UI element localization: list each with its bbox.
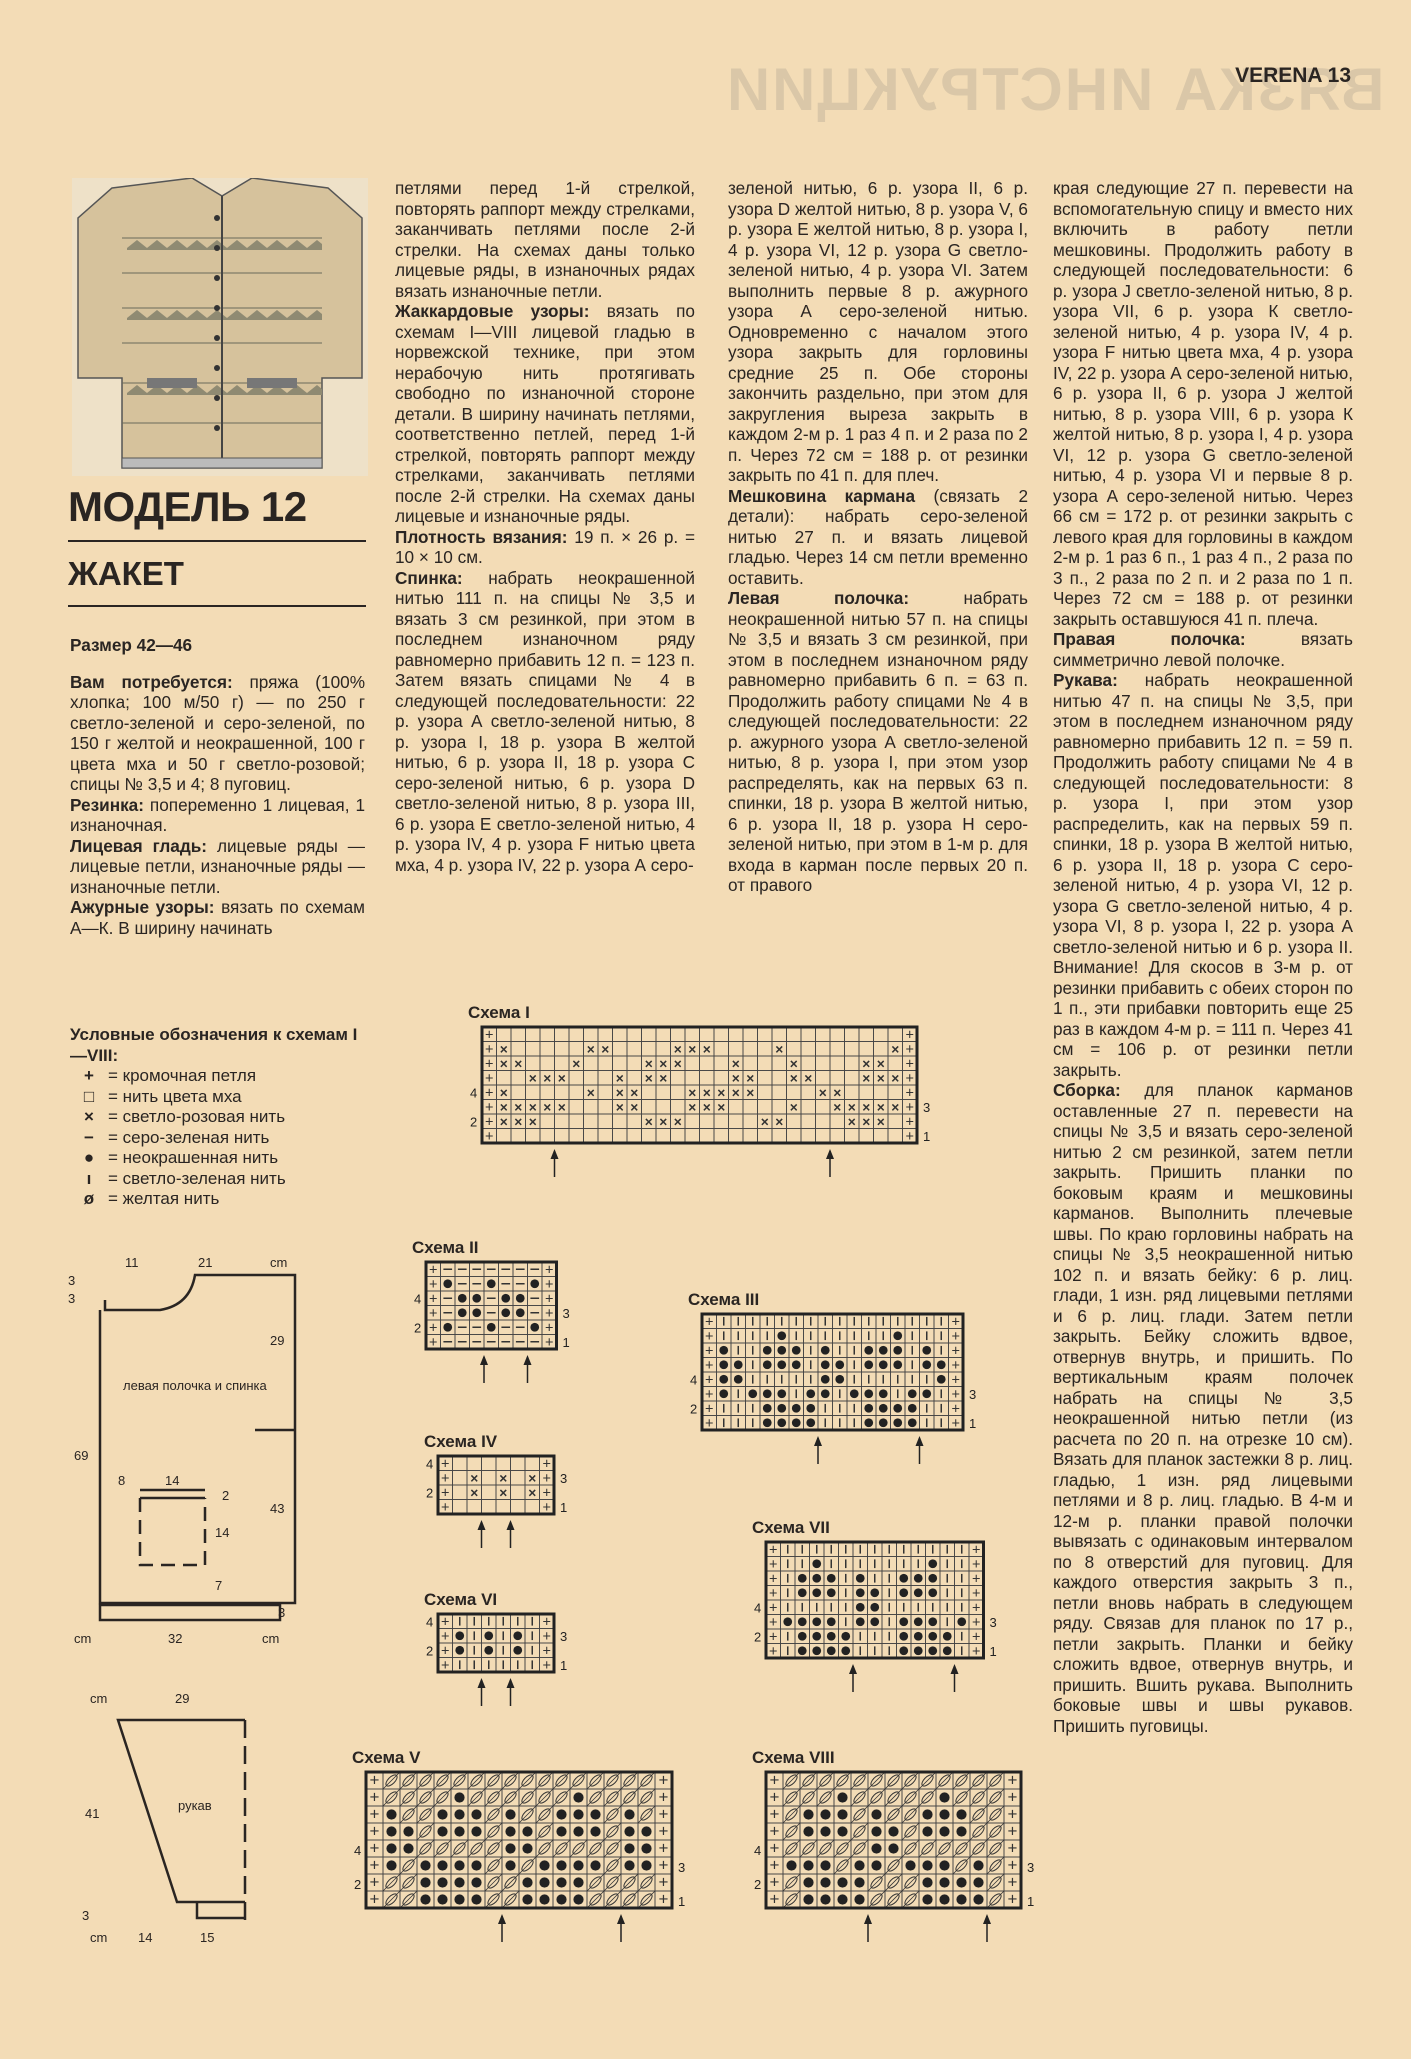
schema-title: Схема IV [424,1432,580,1452]
column-1: Размер 42—46 Вам потребуется: пряжа (100… [70,635,365,938]
svg-text:+: + [370,1890,380,1909]
materials-paragraph: Вам потребуется: пряжа (100% хлопка; 100… [70,672,365,795]
svg-text:×: × [688,1100,696,1115]
svg-text:×: × [833,1085,841,1100]
svg-text:11: 11 [125,1255,139,1270]
svg-text:4: 4 [754,1843,761,1858]
svg-text:×: × [674,1114,682,1129]
svg-text:×: × [674,1042,682,1057]
svg-text:×: × [500,1056,508,1071]
legend-label: = неокрашенная нить [108,1148,278,1169]
svg-text:×: × [645,1071,653,1086]
column-3: зеленой нитью, 6 р. узора II, 6 р. узора… [728,178,1028,896]
svg-text:×: × [601,1042,609,1057]
rib-paragraph: Резинка: попеременно 1 лицевая, 1 изнано… [70,795,365,836]
svg-text:cm: cm [74,1631,91,1645]
svg-text:×: × [703,1085,711,1100]
svg-text:×: × [746,1085,754,1100]
svg-text:×: × [543,1071,551,1086]
svg-text:×: × [528,1471,536,1486]
svg-text:32: 32 [168,1631,182,1645]
back-paragraph: Спинка: набрать неокрашенной нитью 111 п… [395,568,695,876]
svg-text:2: 2 [426,1486,433,1501]
svg-text:×: × [717,1085,725,1100]
svg-text:×: × [703,1100,711,1115]
schema-grid: +++×××++×××+++1324 [424,1452,580,1550]
svg-text:×: × [891,1042,899,1057]
svg-text:21: 21 [198,1255,212,1270]
sleeve-pattern-diagram: cm 29 41 3 cm 14 15 рукав [60,1670,310,1950]
svg-text:1: 1 [990,1644,997,1659]
svg-text:×: × [587,1085,595,1100]
svg-text:1: 1 [923,1129,930,1144]
svg-text:×: × [746,1071,754,1086]
sleeves-paragraph: Рукава: набрать неокрашенной нитью 47 п.… [1053,670,1353,1080]
svg-text:×: × [645,1056,653,1071]
schema-grid: ++++++++++++++++1324 [752,1538,1010,1694]
svg-text:×: × [645,1114,653,1129]
svg-text:3: 3 [560,1629,567,1644]
svg-text:×: × [470,1485,478,1500]
schema-grid: ++++++++++++++++1324 [352,1768,698,1944]
cross-icon: × [78,1107,100,1128]
svg-text:×: × [500,1042,508,1057]
svg-text:4: 4 [426,1615,433,1630]
schema-grid: ++++++++1324 [424,1610,580,1708]
svg-text:1: 1 [969,1416,976,1431]
schema-title: Схема I [468,1003,943,1023]
svg-text:3: 3 [68,1291,75,1306]
svg-text:1: 1 [560,1658,567,1673]
svg-text:×: × [558,1071,566,1086]
svg-text:×: × [848,1114,856,1129]
svg-text:3: 3 [560,1471,567,1486]
assembly-paragraph: Сборка: для планок карманов оставленные … [1053,1080,1353,1736]
svg-text:×: × [877,1114,885,1129]
svg-text:2: 2 [754,1630,761,1645]
schema-2: Схема II ++++++++++++1324 [412,1238,583,1390]
schema-7: Схема VII ++++++++++++++++1324 [752,1518,1010,1699]
svg-text:×: × [848,1100,856,1115]
lace-continued: петлями перед 1-й стрелкой, повторять ра… [395,178,695,301]
svg-text:×: × [500,1100,508,1115]
jacquard-label: Жаккардовые узоры: [395,301,589,321]
schema-grid: ++++++++++++1324 [412,1258,583,1385]
jacquard-paragraph: Жаккардовые узоры: вязать по схемам I—VI… [395,301,695,527]
svg-text:×: × [470,1471,478,1486]
size-heading: Размер 42—46 [70,635,365,656]
svg-text:+: + [1008,1890,1018,1909]
back-label: Спинка: [395,568,463,588]
svg-text:×: × [572,1056,580,1071]
front-back-pattern-diagram: 11 21 cm 3 3 29 43 3 69 8 14 2 14 7 32 c… [60,1245,310,1645]
schema-title: Схема VI [424,1590,580,1610]
legend-heading: Условные обозначения к схемам I—VIII: [70,1025,370,1066]
svg-text:×: × [862,1100,870,1115]
svg-text:14: 14 [165,1473,179,1488]
svg-text:1: 1 [563,1335,570,1350]
svg-text:43: 43 [270,1501,284,1516]
svg-text:×: × [529,1100,537,1115]
svg-text:3: 3 [82,1908,89,1923]
svg-text:×: × [790,1100,798,1115]
svg-text:×: × [499,1485,507,1500]
legend-item: ×= светло-розовая нить [70,1107,370,1128]
svg-text:×: × [616,1071,624,1086]
symbol-legend: Условные обозначения к схемам I—VIII: +=… [70,1025,370,1210]
svg-text:1: 1 [560,1500,567,1515]
svg-text:×: × [891,1071,899,1086]
svg-text:×: × [891,1100,899,1115]
svg-text:×: × [514,1056,522,1071]
svg-text:×: × [514,1114,522,1129]
svg-text:3: 3 [969,1387,976,1402]
magazine-page-tag: VERENA 13 [1235,64,1351,88]
svg-text:3: 3 [278,1605,285,1620]
right-front-label: Правая полочка: [1053,629,1246,649]
vertical-bar-icon: ı [78,1169,100,1190]
schema-title: Схема V [352,1748,698,1768]
dash-icon: − [78,1128,100,1149]
svg-text:×: × [804,1071,812,1086]
schema-grid: ++++++++++++++++1324 [688,1310,989,1466]
legend-item: □= нить цвета мха [70,1087,370,1108]
materials-label: Вам потребуется: [70,672,233,692]
svg-text:4: 4 [470,1086,477,1101]
svg-text:×: × [819,1085,827,1100]
svg-text:×: × [543,1100,551,1115]
assembly-text: для планок карманов оставленные 27 п. пе… [1053,1080,1353,1736]
selvage-stitch-icon: + [78,1066,100,1087]
back-continued: зеленой нитью, 6 р. узора II, 6 р. узора… [728,178,1028,486]
schema-3: Схема III ++++++++++++++++1324 [688,1290,989,1471]
svg-text:3: 3 [563,1306,570,1321]
schema-8: Схема VIII ++++++++++++++++1324 [752,1748,1047,1949]
svg-text:×: × [862,1056,870,1071]
svg-text:7: 7 [215,1578,222,1593]
svg-text:×: × [630,1085,638,1100]
stockinette-paragraph: Лицевая гладь: лицевые ряды — лицевые пе… [70,836,365,898]
legend-item: ●= неокрашенная нить [70,1148,370,1169]
svg-text:×: × [500,1085,508,1100]
svg-text:14: 14 [138,1930,152,1945]
stockinette-label: Лицевая гладь: [70,836,207,856]
svg-text:×: × [659,1071,667,1086]
svg-text:14: 14 [215,1525,229,1540]
svg-text:×: × [732,1085,740,1100]
svg-text:×: × [703,1042,711,1057]
sleeves-text: набрать неокрашенной нитью 47 п. на спиц… [1053,670,1353,1080]
svg-text:×: × [862,1071,870,1086]
svg-text:3: 3 [990,1615,997,1630]
schema-5: Схема V ++++++++++++++++1324 [352,1748,698,1949]
svg-text:×: × [558,1100,566,1115]
svg-text:29: 29 [175,1691,189,1706]
svg-text:×: × [499,1471,507,1486]
svg-text:4: 4 [754,1601,761,1616]
svg-text:8: 8 [118,1473,125,1488]
svg-text:×: × [790,1071,798,1086]
schema-grid: ++++++++++++++++1324 [752,1768,1047,1944]
svg-text:69: 69 [74,1448,88,1463]
schema-title: Схема VIII [752,1748,1047,1768]
model-subtitle: ЖАКЕТ [68,555,184,593]
model-title: МОДЕЛЬ 12 [68,483,307,531]
legend-label: = светло-зеленая нить [108,1169,286,1190]
svg-text:2: 2 [426,1644,433,1659]
svg-text:×: × [732,1056,740,1071]
svg-text:×: × [529,1114,537,1129]
svg-text:×: × [775,1114,783,1129]
svg-text:×: × [674,1056,682,1071]
legend-label: = кромочная петля [108,1066,256,1087]
svg-text:×: × [877,1056,885,1071]
svg-text:×: × [616,1085,624,1100]
svg-text:4: 4 [690,1373,697,1388]
left-front-text: набрать неокрашенной нитью 57 п. на спиц… [728,588,1028,895]
svg-text:×: × [514,1100,522,1115]
svg-text:×: × [616,1100,624,1115]
svg-text:×: × [877,1100,885,1115]
assembly-label: Сборка: [1053,1080,1121,1100]
svg-text:4: 4 [426,1457,433,1472]
lace-paragraph: Ажурные узоры: вязать по схемам А—К. В ш… [70,897,365,938]
legend-label: = желтая нить [108,1189,219,1210]
svg-text:41: 41 [85,1806,99,1821]
jacket-illustration [72,178,368,476]
legend-item: ø= желтая нить [70,1189,370,1210]
svg-text:+: + [659,1890,669,1909]
svg-text:×: × [775,1042,783,1057]
svg-text:×: × [688,1085,696,1100]
svg-text:1: 1 [678,1894,685,1909]
svg-text:3: 3 [1027,1860,1034,1875]
svg-text:3: 3 [923,1100,930,1115]
schema-4: Схема IV +++×××++×××+++1324 [424,1432,580,1555]
svg-text:29: 29 [270,1333,284,1348]
svg-text:3: 3 [68,1273,75,1288]
svg-text:1: 1 [1027,1894,1034,1909]
svg-text:×: × [833,1100,841,1115]
svg-text:×: × [688,1042,696,1057]
gauge-paragraph: Плотность вязания: 19 п. × 26 р. = 10 × … [395,527,695,568]
rib-label: Резинка: [70,795,144,815]
svg-text:cm: cm [262,1631,279,1645]
svg-text:левая полочка и спинка: левая полочка и спинка [123,1378,268,1393]
dot-icon: ● [78,1148,100,1169]
jacquard-text: вязать по схемам I—VIII лицевой гладью в… [395,301,695,526]
legend-item: −= серо-зеленая нить [70,1128,370,1149]
right-front-paragraph: Правая полочка: вязать симметрично левой… [1053,629,1353,670]
slash-oval-icon: ø [78,1189,100,1210]
left-front-continued: края следующие 27 п. перевести на вспомо… [1053,178,1353,629]
svg-text:3: 3 [678,1860,685,1875]
legend-label: = нить цвета мха [108,1087,242,1108]
svg-text:×: × [528,1485,536,1500]
lace-label: Ажурные узоры: [70,897,214,917]
sleeves-label: Рукава: [1053,670,1118,690]
svg-text:рукав: рукав [178,1798,212,1813]
svg-text:×: × [717,1100,725,1115]
svg-text:cm: cm [90,1930,107,1945]
svg-text:2: 2 [470,1115,477,1130]
svg-text:×: × [659,1056,667,1071]
svg-text:+: + [770,1890,780,1909]
schema-6: Схема VI ++++++++1324 [424,1590,580,1713]
pocket-paragraph: Мешковина кармана (связать 2 детали): на… [728,486,1028,589]
legend-label: = серо-зеленая нить [108,1128,269,1149]
svg-text:cm: cm [90,1691,107,1706]
svg-text:×: × [587,1042,595,1057]
empty-square-icon: □ [78,1087,100,1108]
svg-text:4: 4 [354,1843,361,1858]
svg-text:×: × [529,1071,537,1086]
legend-item: += кромочная петля [70,1066,370,1087]
schema-title: Схема II [412,1238,583,1258]
svg-text:2: 2 [690,1402,697,1417]
svg-text:2: 2 [222,1488,229,1503]
divider [68,605,366,607]
svg-text:4: 4 [414,1292,421,1307]
column-2: петлями перед 1-й стрелкой, повторять ра… [395,178,695,875]
svg-text:×: × [862,1114,870,1129]
svg-text:×: × [500,1114,508,1129]
divider [68,540,366,542]
left-front-paragraph: Левая полочка: набрать неокрашенной нить… [728,588,1028,896]
svg-text:×: × [877,1071,885,1086]
schema-grid: +++××××××××++××××××××××++×××××××××××××++… [468,1023,943,1179]
svg-text:×: × [732,1071,740,1086]
svg-text:2: 2 [414,1321,421,1336]
svg-text:×: × [790,1056,798,1071]
left-front-label: Левая полочка: [728,588,909,608]
svg-text:×: × [659,1114,667,1129]
pocket-label: Мешковина кармана [728,486,915,506]
svg-text:×: × [761,1114,769,1129]
back-text: набрать неокрашенной нитью 111 п. на спи… [395,568,695,875]
svg-text:×: × [630,1100,638,1115]
svg-text:cm: cm [270,1255,287,1270]
schema-title: Схема VII [752,1518,1010,1538]
svg-text:2: 2 [754,1877,761,1892]
legend-item: ı= светло-зеленая нить [70,1169,370,1190]
column-4: края следующие 27 п. перевести на вспомо… [1053,178,1353,1736]
svg-text:15: 15 [200,1930,214,1945]
schema-1: Схема I +++××××××××++××××××××××++×××××××… [468,1003,943,1184]
gauge-label: Плотность вязания: [395,527,567,547]
legend-label: = светло-розовая нить [108,1107,285,1128]
schema-title: Схема III [688,1290,989,1310]
svg-text:2: 2 [354,1877,361,1892]
